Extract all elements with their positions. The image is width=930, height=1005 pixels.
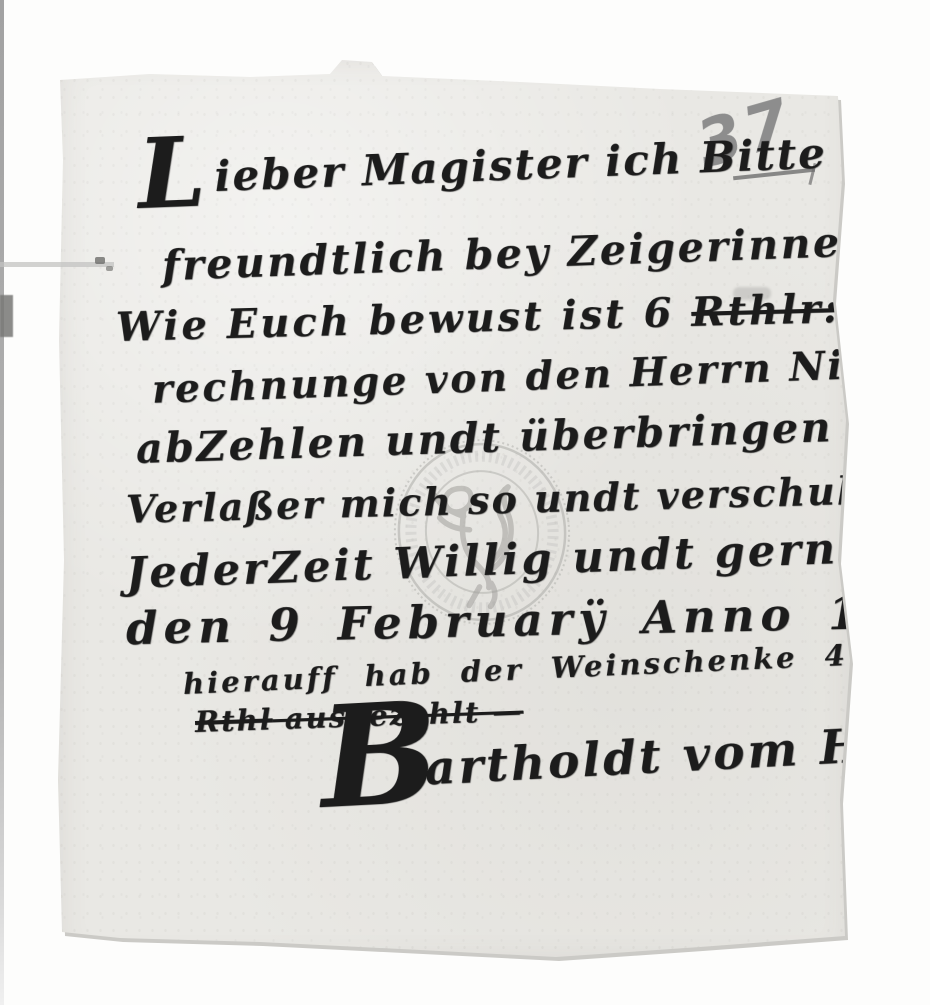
- scan-artifact-speck: [106, 266, 113, 271]
- signature: B artholdt vom Hagen: [317, 666, 888, 925]
- line-3-text: Wie Euch bewust ist 6: [115, 289, 691, 351]
- struck-out-amount: Rthlr:: [691, 285, 842, 336]
- scan-background: 37 Lieber Magister ich Bitte gantz freun…: [0, 0, 930, 1005]
- struck-out-currency: Rthl: [194, 702, 273, 739]
- handwritten-line-2: freundtlich bey Zeigerinnen deß: [161, 213, 930, 290]
- line-1-text: ieber Magister ich Bitte gantz: [214, 123, 930, 202]
- handwritten-line-3: Wie Euch bewust ist 6 Rthlr: bey: [115, 282, 930, 351]
- line-1-initial: L: [136, 115, 210, 231]
- letter-paper: 37 Lieber Magister ich Bitte gantz freun…: [55, 55, 855, 965]
- scan-artifact-speck: [95, 257, 105, 264]
- handwritten-line-4: rechnunge von den Herrn Niemann: [151, 337, 930, 413]
- line-3-text-after: bey: [840, 282, 930, 332]
- scanner-edge-strip: [0, 0, 4, 1005]
- signature-name: artholdt vom Hagen: [424, 711, 930, 796]
- scan-artifact-mark: [0, 295, 13, 337]
- handwritten-line-1: Lieber Magister ich Bitte gantz: [137, 123, 930, 204]
